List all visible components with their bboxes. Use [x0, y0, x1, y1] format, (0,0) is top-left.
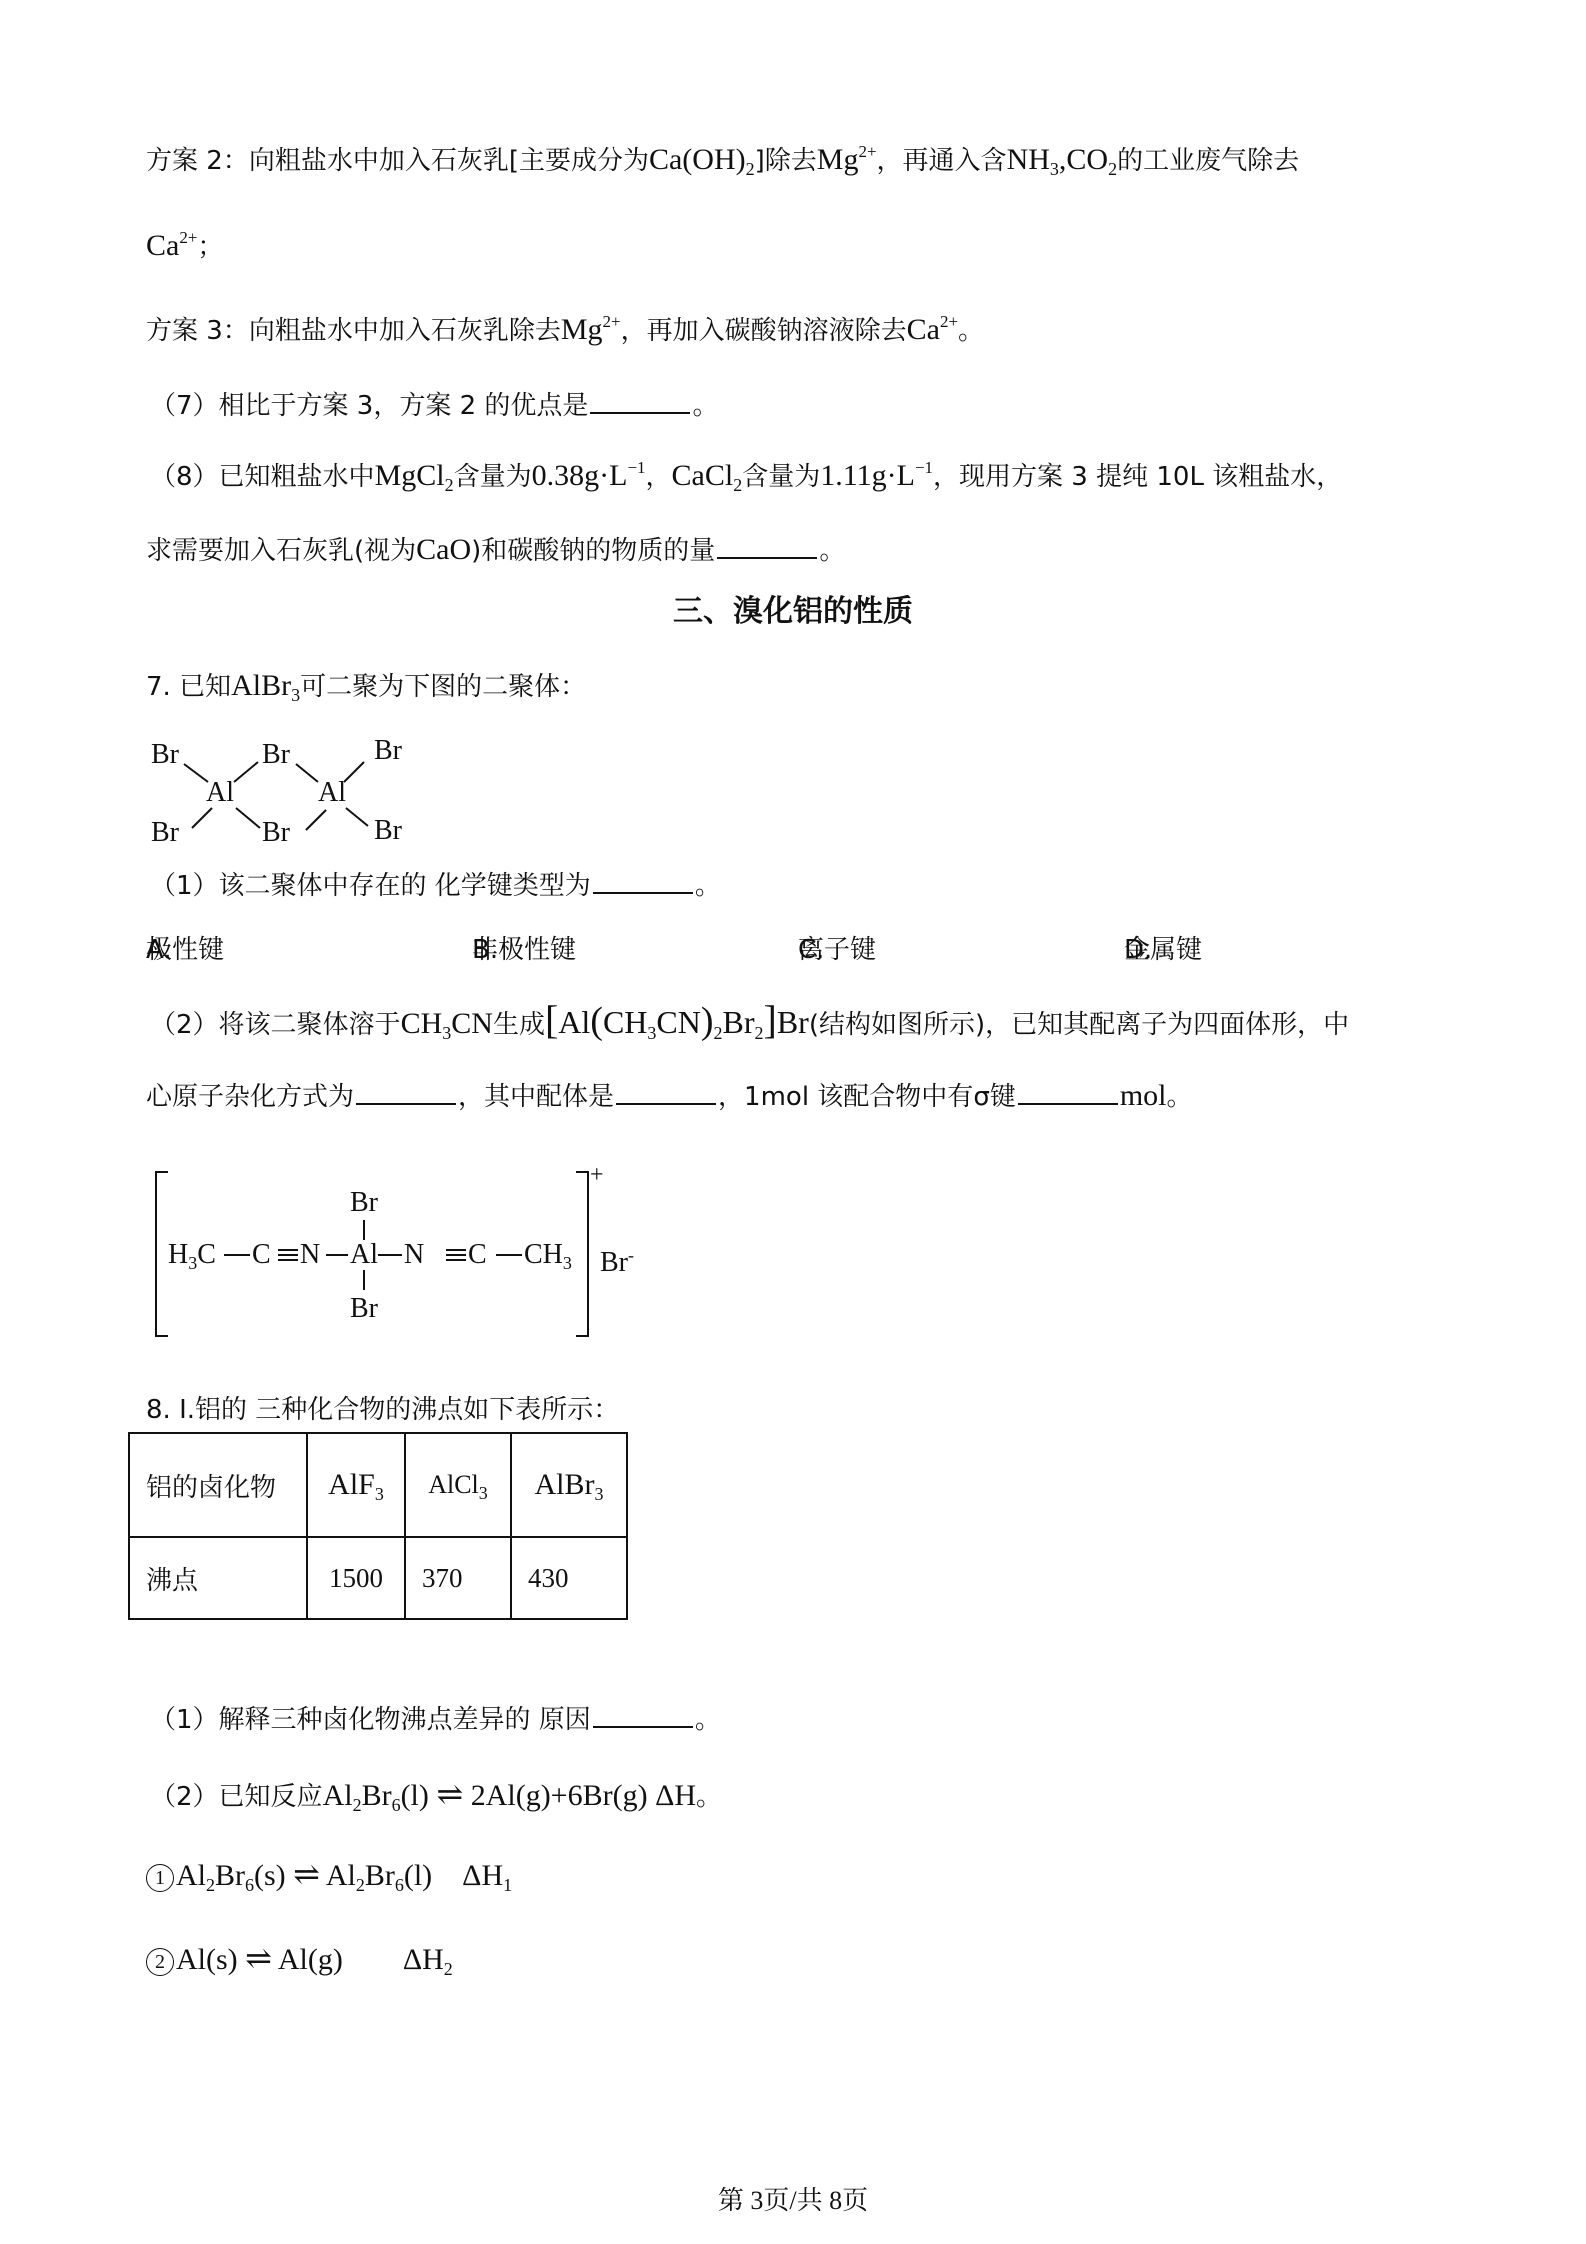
atom-n: N	[300, 1240, 320, 1270]
formula-cao: CaO	[416, 533, 471, 566]
text: 。	[696, 1782, 722, 1812]
text: 含量为	[742, 462, 820, 492]
answer-blank[interactable]	[593, 868, 693, 894]
equilibrium-arrow-icon: ⇌	[436, 1776, 463, 1812]
answer-blank-hybridization[interactable]	[356, 1079, 456, 1105]
table-cell-value: 370	[405, 1537, 511, 1619]
text: 含量为	[454, 462, 532, 492]
question-7-sub-1: （1）该二聚体中存在的 化学键类型为。	[150, 868, 721, 904]
answer-blank[interactable]	[717, 533, 817, 559]
reaction-1: 1Al2Br6(s) ⇌ Al2Br6(l) ΔH1	[146, 1856, 512, 1895]
question-text: 解释三种卤化物沸点差异的 原因	[219, 1705, 591, 1735]
text: 向粗盐水中加入石灰乳[主要成分为	[249, 146, 649, 176]
complex-structure-diagram: H3C C N Al N C CH3 Br Br + Br-	[146, 1160, 666, 1340]
scheme-2-line-1: 方案 2：向粗盐水中加入石灰乳[主要成分为Ca(OH)2]除去Mg2+，再通入含…	[146, 142, 1299, 179]
question-number: （2）	[150, 1782, 219, 1812]
ion-ca: Ca2+	[146, 229, 197, 262]
equilibrium-arrow-icon: ⇌	[293, 1856, 320, 1892]
question-8-sub-line-1: （8）已知粗盐水中MgCl2含量为0.38g·L−1，CaCl2含量为1.11g…	[150, 458, 1342, 495]
text: 心原子杂化方式为	[146, 1082, 354, 1112]
text: ，再加入碳酸钠溶液除去	[621, 316, 907, 346]
table-row: 铝的卤化物 AlF3 AlCl3 AlBr3	[129, 1433, 627, 1537]
group-ch3: CH3	[524, 1240, 572, 1278]
reaction-equation: Al(s) ⇌ Al(g) ΔH2	[176, 1943, 453, 1976]
atom-br: Br	[262, 740, 290, 770]
question-7-sub-2-line-1: （2）将该二聚体溶于CH3CN生成[Al(CH3CN)2Br2]Br(结构如图所…	[150, 1002, 1349, 1043]
section-title: 三、溴化铝的性质	[0, 592, 1586, 632]
table-cell-compound: AlCl3	[405, 1433, 511, 1537]
atom-al: Al	[206, 778, 234, 808]
text: ，现用方案 3 提纯 10L 该粗盐水，	[933, 462, 1342, 492]
text: ，再通入含	[877, 146, 1007, 176]
question-8-sub-2: （2）已知反应Al2Br6(l) ⇌ 2Al(g)+6Br(g) ΔH。	[150, 1776, 722, 1815]
question-7-sub: （7）相比于方案 3，方案 2 的优点是。	[150, 388, 718, 424]
text: 7. 已知	[146, 672, 231, 702]
text: 的工业废气除去	[1117, 146, 1299, 176]
table-header-cell: 铝的卤化物	[129, 1433, 307, 1537]
concentration-2: 1.11g·L−1	[820, 459, 933, 492]
formula-nh3-co2: NH3,CO2	[1007, 143, 1118, 176]
complex-formula: [Al(CH3CN)2Br2]Br	[545, 1004, 809, 1040]
question-number: （7）	[150, 391, 219, 421]
text: 键	[990, 1082, 1016, 1112]
question-text: 该二聚体中存在的 化学键类型为	[219, 871, 591, 901]
text: ，	[718, 1082, 744, 1112]
text: 。	[958, 316, 984, 346]
atom-c: C	[468, 1240, 487, 1270]
answer-blank[interactable]	[590, 388, 690, 414]
ion-mg: Mg2+	[561, 313, 621, 346]
boiling-point-table: 铝的卤化物 AlF3 AlCl3 AlBr3 沸点 1500 370 430	[128, 1432, 628, 1620]
question-8-sub-line-2: 求需要加入石灰乳(视为CaO)和碳酸钠的物质的量。	[146, 532, 845, 569]
scheme-label: 方案 3：	[146, 316, 249, 346]
atom-n: N	[404, 1240, 424, 1270]
scheme-label: 方案 2：	[146, 146, 249, 176]
text: 向粗盐水中加入石灰乳除去	[249, 316, 561, 346]
text: 。	[819, 536, 845, 566]
question-text: 相比于方案 3，方案 2 的优点是	[219, 391, 589, 421]
counter-ion-br: Br-	[600, 1240, 634, 1278]
question-8-sub-1: （1）解释三种卤化物沸点差异的 原因。	[150, 1702, 721, 1738]
atom-br: Br	[374, 816, 402, 846]
table-cell-value: 1500	[307, 1537, 405, 1619]
question-7-sub-2-line-2: 心原子杂化方式为，其中配体是，1mol 该配合物中有σ键mol。	[146, 1078, 1193, 1115]
ion-mg: Mg2+	[817, 143, 877, 176]
question-number: （2）	[150, 1010, 219, 1040]
answer-blank-sigma-bonds[interactable]	[1018, 1079, 1118, 1105]
sigma-symbol: σ	[973, 1082, 989, 1112]
formula-caoh2: Ca(OH)2	[649, 143, 755, 176]
concentration-1: 0.38g·L−1	[532, 459, 646, 492]
question-number: （1）	[150, 871, 219, 901]
scheme-3-line: 方案 3：向粗盐水中加入石灰乳除去Mg2+，再加入碳酸钠溶液除去Ca2+。	[146, 312, 984, 349]
table-header-cell: 沸点	[129, 1537, 307, 1619]
text: (结构如图所示)，已知其配离子为四面体形，中	[809, 1010, 1349, 1040]
text: 可二聚为下图的二聚体：	[300, 672, 586, 702]
formula-albr3: AlBr3	[231, 669, 300, 702]
question-8-intro: 8. I.铝的 三种化合物的沸点如下表所示：	[146, 1392, 619, 1428]
text: 已知粗盐水中	[219, 462, 375, 492]
atom-br: Br	[350, 1294, 378, 1324]
text: 。	[1166, 1082, 1192, 1112]
group-h3c: H3C	[168, 1240, 216, 1278]
table-cell-compound: AlBr3	[511, 1433, 627, 1537]
question-number: （1）	[150, 1705, 219, 1735]
circled-number-icon: 1	[146, 1864, 174, 1892]
text: 。	[695, 1705, 721, 1735]
dimer-structure-diagram: Br Br Br Al Al Br Br Br	[146, 730, 446, 850]
formula-ch3cn: CH3CN	[401, 1007, 493, 1040]
table-cell-value: 430	[511, 1537, 627, 1619]
ion-ca: Ca2+	[907, 313, 958, 346]
atom-br: Br	[151, 818, 179, 848]
question-7-intro: 7. 已知AlBr3可二聚为下图的二聚体：	[146, 668, 586, 705]
question-number: （8）	[150, 462, 219, 492]
answer-blank-ligand[interactable]	[616, 1079, 716, 1105]
text: )和碳酸钠的物质的量	[471, 536, 715, 566]
text: ]除去	[755, 146, 817, 176]
table-cell-compound: AlF3	[307, 1433, 405, 1537]
atom-br: Br	[262, 818, 290, 848]
atom-br: Br	[151, 740, 179, 770]
text: 。	[695, 871, 721, 901]
answer-blank[interactable]	[593, 1702, 693, 1728]
text: 。	[692, 391, 718, 421]
atom-al: Al	[318, 778, 346, 808]
charge-plus: +	[590, 1160, 604, 1190]
text: ，其中配体是	[458, 1082, 614, 1112]
text: 将该二聚体溶于	[219, 1010, 401, 1040]
atom-br: Br	[350, 1188, 378, 1218]
formula-cacl2: CaCl2	[672, 459, 743, 492]
text: ；	[197, 232, 223, 262]
text: 求需要加入石灰乳(视为	[146, 536, 416, 566]
reaction-2: 2Al(s) ⇌ Al(g) ΔH2	[146, 1940, 453, 1979]
atom-c: C	[252, 1240, 271, 1270]
atom-al: Al	[350, 1240, 378, 1270]
question-text: 已知反应	[219, 1782, 323, 1812]
circled-number-icon: 2	[146, 1948, 174, 1976]
unit-mol: mol	[1120, 1079, 1167, 1112]
reaction-equation: Al2Br6(l) ⇌ 2Al(g)+6Br(g) ΔH	[323, 1779, 696, 1812]
text: ，	[646, 462, 672, 492]
formula-mgcl2: MgCl2	[375, 459, 454, 492]
text: 1mol 该配合物中有	[744, 1082, 973, 1112]
atom-br: Br	[374, 736, 402, 766]
scheme-2-line-2: Ca2+；	[146, 228, 223, 265]
equilibrium-arrow-icon: ⇌	[245, 1940, 272, 1976]
table-row: 沸点 1500 370 430	[129, 1537, 627, 1619]
text: 生成	[493, 1010, 545, 1040]
page-number: 第 3页/共 8页	[0, 2180, 1586, 2217]
reaction-equation: Al2Br6(s) ⇌ Al2Br6(l) ΔH1	[176, 1859, 512, 1892]
